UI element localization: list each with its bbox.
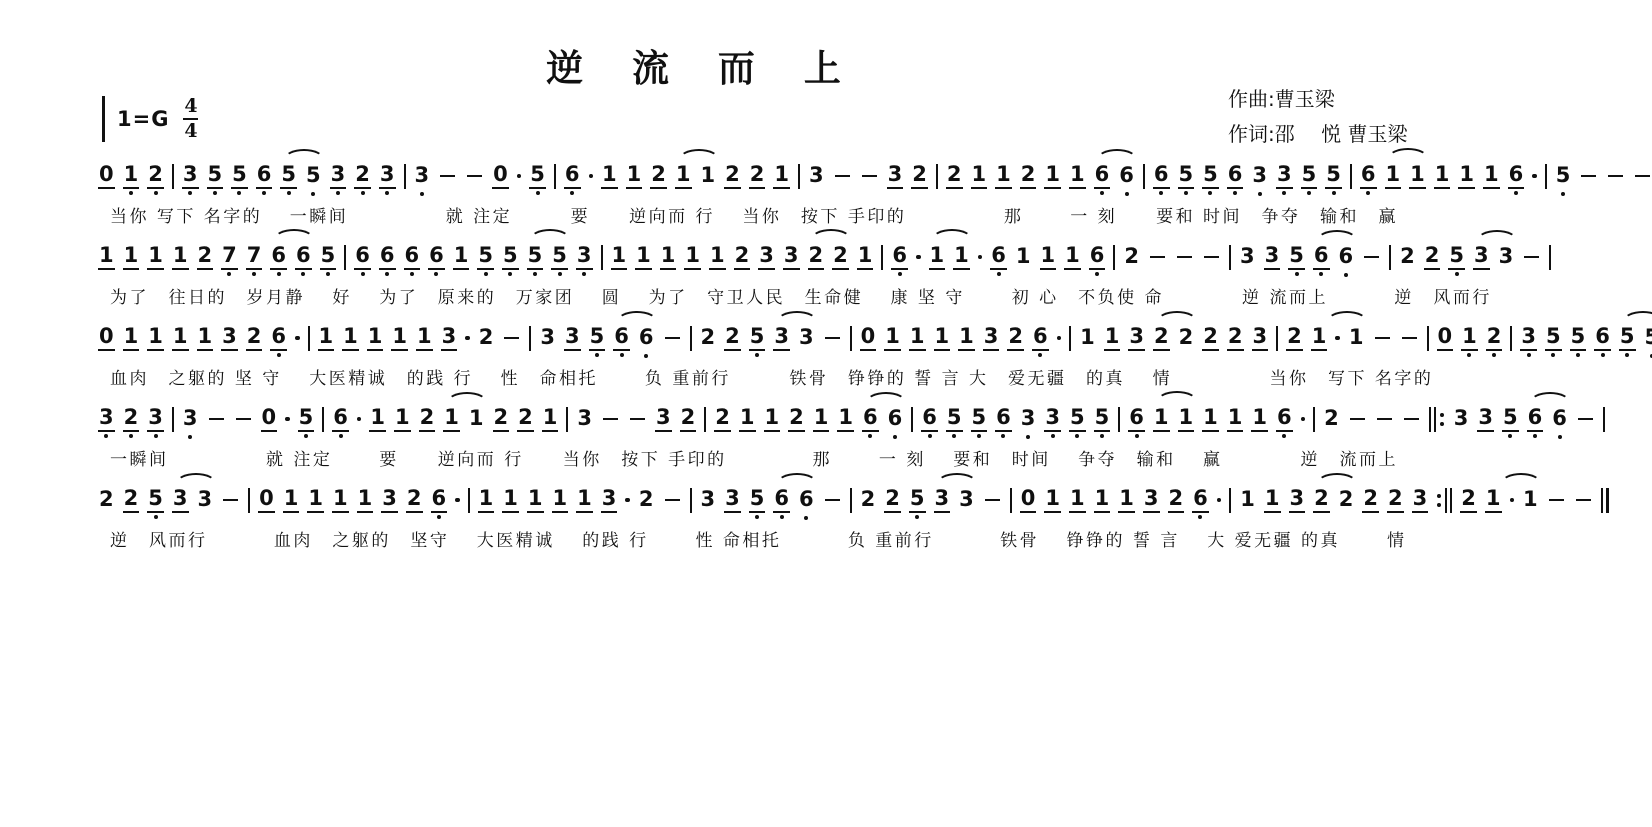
augmentation-dot	[625, 498, 630, 503]
note: 1	[837, 407, 854, 432]
duration-dash	[467, 175, 482, 178]
score-system-1: 0123556553233056112112213322112116665563…	[98, 146, 1478, 227]
note: 1	[453, 245, 470, 270]
note: 1	[1522, 489, 1539, 512]
slur-arc	[866, 392, 906, 412]
note: 6	[1551, 408, 1568, 431]
note: 3	[655, 407, 672, 432]
note: 1	[1239, 489, 1256, 512]
note: 3	[758, 245, 775, 270]
note: 2	[1178, 327, 1195, 350]
note: 1	[709, 245, 726, 270]
note: 3	[381, 488, 398, 513]
slur-arc	[1327, 311, 1367, 331]
note: 2	[946, 164, 963, 189]
duration-dash	[825, 499, 840, 502]
composer-line: 作曲:曹玉梁	[1228, 82, 1407, 117]
note: 6	[891, 245, 908, 270]
barline	[798, 164, 800, 189]
note: 0	[1437, 326, 1454, 351]
lyricist-label: 作词:	[1228, 122, 1275, 146]
barline	[1010, 488, 1012, 513]
note: 1	[684, 245, 701, 270]
duration-dash	[1204, 256, 1219, 259]
barline	[690, 326, 692, 351]
note: 5	[749, 326, 766, 351]
note: 6	[354, 245, 371, 270]
augmentation-dot	[916, 255, 921, 260]
note: 1	[394, 407, 411, 432]
note: 5	[1178, 164, 1195, 189]
note: 2	[1020, 164, 1037, 189]
slur-arc	[1623, 311, 1652, 331]
note: 6	[1276, 407, 1293, 432]
note: 5	[207, 164, 224, 189]
barline	[1427, 326, 1429, 351]
note: 1	[147, 245, 164, 270]
note: 3	[441, 326, 458, 351]
duration-dash	[630, 418, 645, 421]
score-systems: 0123556553233056112112213322112116665563…	[98, 146, 1478, 551]
note: 2	[724, 326, 741, 351]
note: 3	[182, 408, 199, 431]
duration-dash	[223, 499, 238, 502]
note: 2	[354, 164, 371, 189]
lyrics-line: 逆 风而行 血肉 之躯的 坚守 大医精诚 的践 行 性 命相托 负 重前行 铁骨…	[98, 531, 1406, 551]
note: 2	[832, 245, 849, 270]
barline	[1445, 488, 1447, 513]
note: 3	[1143, 488, 1160, 513]
note: 3	[1044, 407, 1061, 432]
note: 3	[98, 407, 115, 432]
note: 6	[995, 407, 1012, 432]
note: 1	[700, 165, 717, 188]
note: 2	[1168, 488, 1185, 513]
score-system-3: 0111132611111323356622533011113261132222…	[98, 308, 1478, 389]
duration-dash	[504, 337, 519, 340]
augmentation-dot	[465, 336, 470, 341]
note: 1	[197, 326, 214, 351]
augmentation-dot	[978, 255, 983, 260]
note: 5	[1325, 164, 1342, 189]
slur-arc	[447, 392, 487, 412]
score-system-2: 1111277665666615555311111233221611611162…	[98, 227, 1478, 308]
note: 3	[564, 326, 581, 351]
note: 1	[576, 488, 593, 513]
score-system-4: 3233056112112213322112116665563355611111…	[98, 389, 1478, 470]
note: 3	[1453, 408, 1470, 431]
note: 1	[1485, 488, 1502, 513]
barline	[1276, 326, 1278, 351]
note: 5	[1069, 407, 1086, 432]
note: 3	[783, 245, 800, 270]
note: 6	[379, 245, 396, 270]
notation-line: 3233056112112213322112116665563355611111…	[98, 389, 1478, 434]
slur-arc	[777, 473, 817, 493]
barline	[1350, 164, 1352, 189]
note: 3	[1412, 488, 1429, 513]
duration-dash	[440, 175, 455, 178]
slur-arc	[777, 311, 817, 331]
note: 5	[1570, 326, 1587, 351]
barline	[248, 488, 250, 513]
note: 1	[1069, 488, 1086, 513]
note: 1	[367, 326, 384, 351]
augmentation-dot	[285, 417, 290, 422]
note: 5	[1202, 164, 1219, 189]
note: 1	[542, 407, 559, 432]
note: 1	[527, 488, 544, 513]
duration-dash	[1576, 499, 1591, 502]
note: 3	[1477, 407, 1494, 432]
note: 1	[357, 488, 374, 513]
duration-dash	[665, 337, 680, 340]
duration-dash	[1377, 418, 1392, 421]
note: 5	[1545, 326, 1562, 351]
duration-dash	[1549, 499, 1564, 502]
note: 1	[739, 407, 756, 432]
augmentation-dot	[1217, 498, 1222, 503]
note: 1	[1069, 164, 1086, 189]
barline	[601, 245, 603, 270]
note: 1	[995, 164, 1012, 189]
note: 0	[860, 326, 877, 351]
barline	[344, 245, 346, 270]
duration-dash	[236, 418, 251, 421]
repeat-dot	[1440, 413, 1444, 417]
repeat-end-barline	[1436, 488, 1452, 513]
augmentation-dot	[1510, 498, 1515, 503]
note: 1	[884, 326, 901, 351]
duration-dash	[1350, 418, 1365, 421]
note: 3	[539, 327, 556, 350]
note: 2	[884, 488, 901, 513]
duration-dash	[1581, 175, 1596, 178]
note: 0	[492, 164, 509, 189]
barline	[1510, 326, 1512, 351]
note: 3	[1498, 246, 1515, 269]
repeat-begin-barline	[1429, 407, 1445, 432]
note: 2	[1362, 488, 1379, 513]
note: 3	[182, 164, 199, 189]
slur-arc	[679, 149, 719, 169]
note: 2	[197, 245, 214, 270]
barline	[1113, 245, 1115, 270]
slur-arc	[932, 229, 972, 249]
barline	[704, 407, 706, 432]
barline	[850, 326, 852, 351]
note: 3	[1128, 326, 1145, 351]
slur-arc	[1530, 392, 1570, 412]
note: 1	[369, 407, 386, 432]
note: 1	[98, 245, 115, 270]
note: 1	[1409, 164, 1426, 189]
note: 3	[147, 407, 164, 432]
note: 1	[958, 326, 975, 351]
barline	[172, 164, 174, 189]
note: 2	[478, 327, 495, 350]
barline	[911, 407, 913, 432]
composer-name: 曹玉梁	[1275, 87, 1335, 111]
note: 6	[295, 245, 312, 270]
duration-dash	[1578, 418, 1593, 421]
augmentation-dot	[589, 174, 594, 179]
slur-arc	[1477, 230, 1517, 250]
note: 1	[1227, 407, 1244, 432]
note: 1	[1202, 407, 1219, 432]
slur-arc	[1097, 149, 1137, 169]
duration-dash	[835, 175, 850, 178]
repeat-dot	[1440, 422, 1444, 426]
note: 5	[1555, 165, 1572, 188]
note: 1	[552, 488, 569, 513]
note: 1	[1044, 488, 1061, 513]
note: 1	[971, 164, 988, 189]
notation-line: 2253301111326111113233566225330111132611…	[98, 470, 1478, 515]
note: 3	[1276, 164, 1293, 189]
note: 1	[123, 245, 140, 270]
augmentation-dot	[1335, 336, 1340, 341]
note: 1	[172, 326, 189, 351]
slur-arc	[1388, 148, 1428, 168]
note: 5	[1301, 164, 1318, 189]
note: 6	[270, 326, 287, 351]
note: 2	[1007, 326, 1024, 351]
note: 3	[330, 164, 347, 189]
note: 1	[332, 488, 349, 513]
note: 3	[221, 326, 238, 351]
note: 3	[700, 489, 717, 512]
note: 6	[1594, 326, 1611, 351]
sheet-music-page: 逆 流 而 上 作曲:曹玉梁 作词:邵 悦 曹玉梁 1=G 4 4 012355…	[0, 0, 1652, 827]
notation-line: 0111132611111323356622533011113261132222…	[98, 308, 1478, 353]
note: 5	[589, 326, 606, 351]
note: 1	[1178, 407, 1195, 432]
duration-dash	[1402, 337, 1417, 340]
note: 1	[416, 326, 433, 351]
time-numerator: 4	[184, 97, 197, 116]
note: 1	[1015, 246, 1032, 269]
note: 1	[307, 488, 324, 513]
note: 1	[764, 407, 781, 432]
note: 6	[990, 245, 1007, 270]
note: 2	[860, 489, 877, 512]
note: 3	[1020, 408, 1037, 431]
augmentation-dot	[1532, 174, 1537, 179]
note: 2	[650, 164, 667, 189]
note: 0	[98, 326, 115, 351]
note: 3	[576, 408, 593, 431]
note: 2	[1286, 326, 1303, 351]
duration-dash	[665, 499, 680, 502]
note: 3	[601, 488, 618, 513]
duration-dash	[985, 499, 1000, 502]
system-start-barline	[102, 96, 105, 142]
lyricist-name: 邵 悦 曹玉梁	[1275, 122, 1408, 146]
barline	[1118, 407, 1120, 432]
notation-line: 1111277665666615555311111233221611611162…	[98, 227, 1478, 272]
time-denominator: 4	[184, 122, 197, 141]
note: 1	[1251, 407, 1268, 432]
note: 0	[261, 407, 278, 432]
note: 1	[1311, 326, 1328, 351]
note: 0	[1020, 488, 1037, 513]
note: 6	[1153, 164, 1170, 189]
note: 3	[379, 164, 396, 189]
note: 1	[468, 408, 485, 431]
slur-arc	[1157, 311, 1197, 331]
note: 6	[1192, 488, 1209, 513]
barline	[566, 407, 568, 432]
note: 1	[1348, 327, 1365, 350]
note: 5	[320, 245, 337, 270]
note: 1	[626, 164, 643, 189]
key-tonic: 1=G	[117, 107, 169, 131]
note: 1	[813, 407, 830, 432]
note: 1	[172, 245, 189, 270]
note: 2	[700, 327, 717, 350]
note: 7	[221, 245, 238, 270]
note: 2	[246, 326, 263, 351]
note: 5	[971, 407, 988, 432]
lyrics-line: 一瞬间 就 注定 要 逆向而 行 当你 按下 手印的 那 一 刻 要和 时间 争…	[98, 450, 1398, 470]
note: 5	[1288, 245, 1305, 270]
note: 3	[576, 245, 593, 270]
note: 5	[477, 245, 494, 270]
credits: 作曲:曹玉梁 作词:邵 悦 曹玉梁	[1228, 82, 1407, 152]
note: 1	[283, 488, 300, 513]
song-title: 逆 流 而 上	[0, 38, 1390, 92]
note: 1	[1434, 164, 1451, 189]
note: 3	[808, 165, 825, 188]
composer-label: 作曲:	[1228, 87, 1275, 111]
lyrics-line: 为了 往日的 岁月静 好 为了 原来的 万家团 圆 为了 守卫人民 生命健 康 …	[98, 288, 1492, 308]
note: 1	[934, 326, 951, 351]
barline	[468, 488, 470, 513]
duration-dash	[825, 337, 840, 340]
note: 6	[921, 407, 938, 432]
barline	[172, 407, 174, 432]
note: 1	[1153, 407, 1170, 432]
note: 3	[983, 326, 1000, 351]
slur-arc	[937, 473, 977, 493]
note: 1	[123, 164, 140, 189]
note: 2	[788, 407, 805, 432]
augmentation-dot	[357, 417, 362, 422]
note: 6	[431, 488, 448, 513]
note: 1	[1064, 245, 1081, 270]
note: 2	[680, 407, 697, 432]
barline	[1450, 488, 1452, 513]
note: 2	[749, 164, 766, 189]
barline	[1606, 488, 1610, 513]
barline	[936, 164, 938, 189]
note: 1	[1094, 488, 1111, 513]
duration-dash	[209, 418, 224, 421]
note: 6	[1227, 164, 1244, 189]
barline	[1434, 407, 1436, 432]
duration-dash	[1364, 256, 1379, 259]
note: 2	[1387, 488, 1404, 513]
note: 5	[529, 164, 546, 189]
note: 1	[1044, 164, 1061, 189]
barline	[1143, 164, 1145, 189]
note: 6	[887, 408, 904, 431]
note: 0	[98, 164, 115, 189]
note: 3	[958, 489, 975, 512]
note: 1	[611, 245, 628, 270]
note: 2	[98, 489, 115, 512]
note: 3	[724, 488, 741, 513]
barline	[1389, 245, 1391, 270]
slur-arc	[617, 311, 657, 331]
note: 6	[428, 245, 445, 270]
slur-arc	[284, 149, 324, 169]
note: 1	[123, 326, 140, 351]
note: 1	[478, 488, 495, 513]
note: 1	[1104, 326, 1121, 351]
slur-arc	[1317, 473, 1357, 493]
note: 2	[1460, 488, 1477, 513]
note: 3	[1239, 246, 1256, 269]
note: 1	[953, 245, 970, 270]
note: 2	[1123, 246, 1140, 269]
note: 6	[1128, 407, 1145, 432]
barline	[1229, 245, 1231, 270]
note: 5	[909, 488, 926, 513]
note: 1	[1040, 245, 1057, 270]
note: 2	[808, 245, 825, 270]
key-signature: 1=G 4 4	[102, 96, 198, 142]
note: 1	[601, 164, 618, 189]
note: 1	[1458, 164, 1475, 189]
note: 6	[1118, 165, 1135, 188]
note: 1	[1461, 326, 1478, 351]
note: 6	[638, 327, 655, 350]
note: 1	[342, 326, 359, 351]
note: 2	[714, 407, 731, 432]
note: 1	[1385, 164, 1402, 189]
note: 5	[551, 245, 568, 270]
duration-dash	[1635, 175, 1650, 178]
note: 6	[404, 245, 421, 270]
note: 1	[909, 326, 926, 351]
slur-arc	[176, 473, 216, 493]
note: 5	[231, 164, 248, 189]
augmentation-dot	[1057, 336, 1062, 341]
note: 1	[1079, 327, 1096, 350]
note: 3	[1289, 488, 1306, 513]
duration-dash	[603, 418, 618, 421]
barline	[529, 326, 531, 351]
note: 1	[391, 326, 408, 351]
time-signature: 4 4	[183, 97, 198, 141]
barline	[1545, 164, 1547, 189]
barline	[308, 326, 310, 351]
barline	[1603, 407, 1605, 432]
note: 6	[798, 489, 815, 512]
note: 6	[270, 245, 287, 270]
note: 6	[1360, 164, 1377, 189]
note: 2	[1323, 408, 1340, 431]
note: 2	[123, 407, 140, 432]
note: 1	[929, 245, 946, 270]
note: 5	[298, 407, 315, 432]
note: 2	[406, 488, 423, 513]
duration-dash	[1177, 256, 1192, 259]
note: 2	[724, 164, 741, 189]
note: 2	[493, 407, 510, 432]
